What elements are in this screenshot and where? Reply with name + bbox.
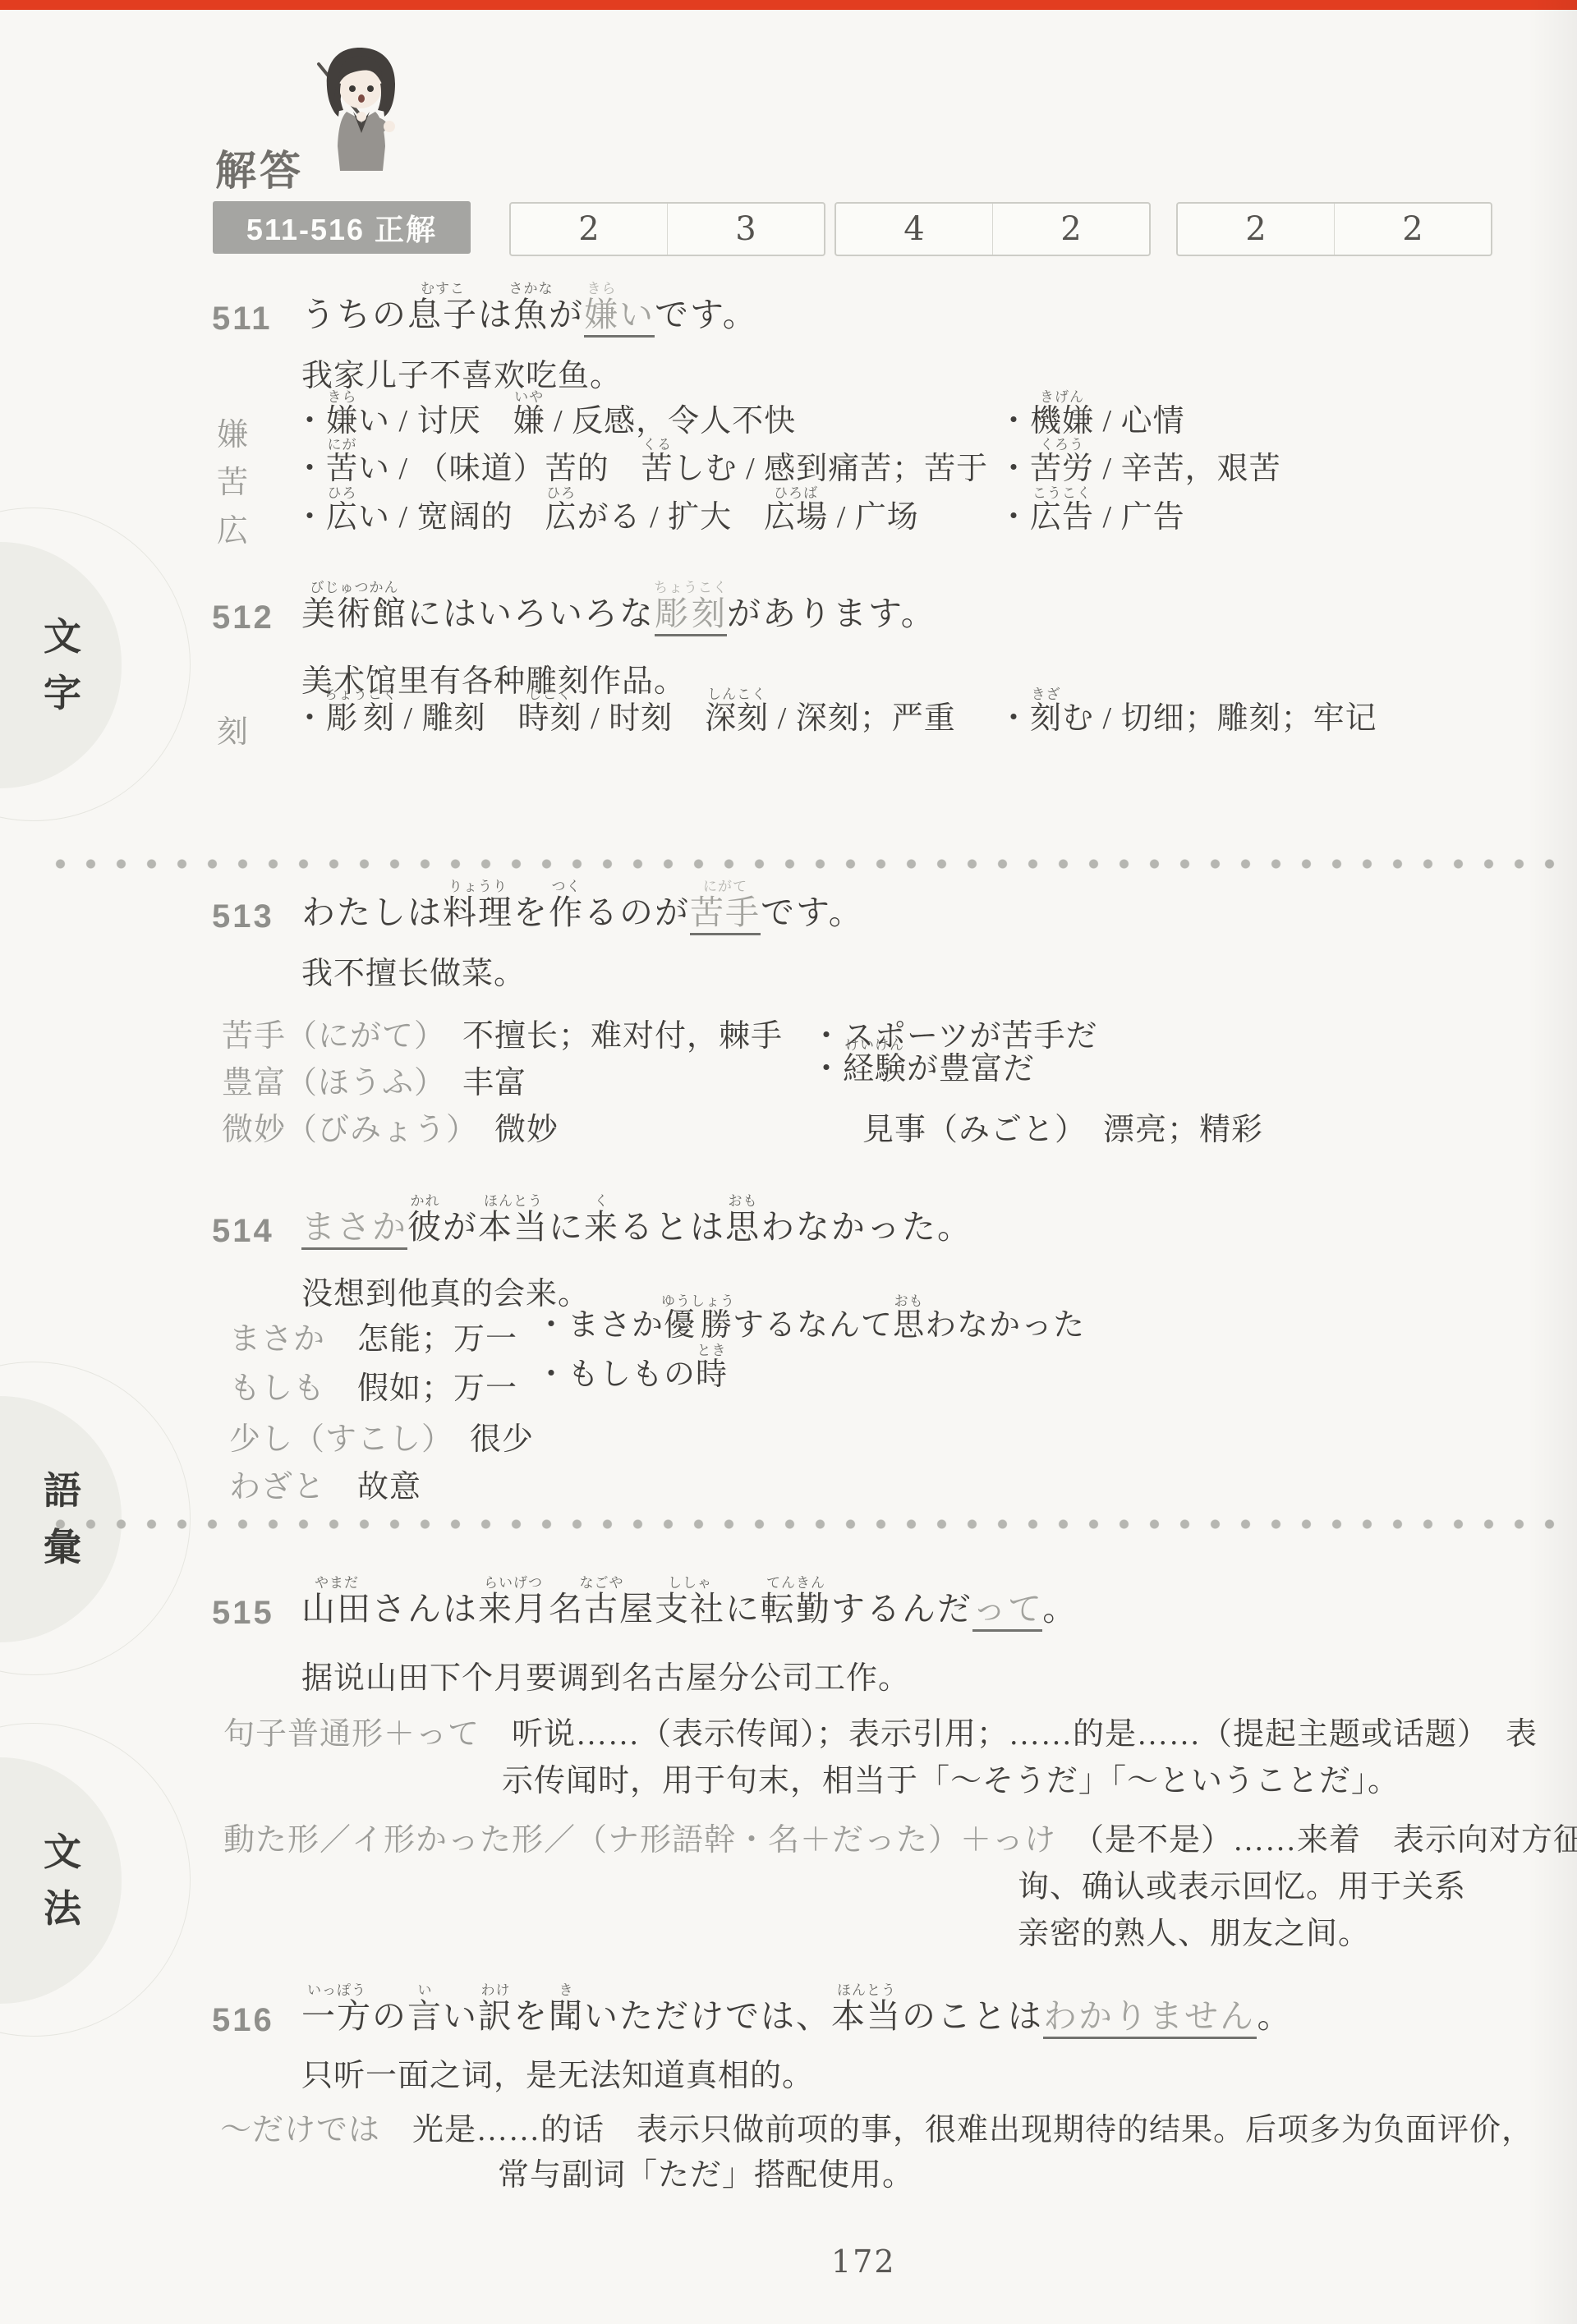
text-segment: 常与副词「ただ」搭配使用。	[498, 2158, 914, 2193]
sentence-japanese: 一方いっぽうの言いい訳わけを聞きいただけでは、本当ほんとうのことはわかりません。	[301, 1982, 1292, 2037]
answer-section-label: 解答	[215, 138, 304, 197]
answer-word-underlined: って	[972, 1590, 1042, 1632]
vocab-row: 広・広ひろい / 宽阔的 広ひろがる / 扩大 広場ひろば / 广场・広告こうこ…	[0, 485, 1577, 553]
vocab-right: ・刻きざむ / 切细；雕刻；牢记	[998, 687, 1377, 737]
text-segment: い / （味道）苦的	[358, 452, 641, 486]
text-segment: ・	[294, 452, 326, 486]
text-segment: わなかった	[925, 1308, 1085, 1343]
text-segment: ・	[536, 1308, 568, 1343]
girl-with-pointer-icon	[310, 41, 413, 197]
text-segment: が豊富だ	[907, 1052, 1035, 1086]
grammar-explanation: 常与副词「ただ」搭配使用。	[498, 2129, 914, 2194]
grammar-row: 常与副词「ただ」搭配使用。	[0, 2129, 1577, 2197]
text-segment: 広場ひろば	[764, 500, 828, 535]
text-segment: わなかった。	[761, 1208, 972, 1246]
question-number: 514	[212, 1193, 274, 1250]
text-segment: 苦くる	[641, 452, 674, 486]
grammar-explanation: 示传闻时，用于句末，相当于「～そうだ」「～ということだ」。	[502, 1735, 1400, 1800]
text-segment: に	[725, 1590, 761, 1628]
text-segment: / 广告	[1094, 500, 1185, 535]
text-segment: しむ / 感到痛苦；苦于	[674, 452, 989, 486]
vocab-row: 刻・彫刻ちょうこく / 雕刻 時刻じこく / 时刻 深刻しんこく / 深刻；严重…	[0, 687, 1577, 754]
text-segment: 。	[1042, 1590, 1078, 1628]
question-number: 513	[212, 879, 274, 935]
text-segment: 美術館びじゅつかん	[301, 595, 407, 632]
answer-word-underlined: 彫刻ちょうこく	[655, 595, 727, 636]
text-segment: うちの	[301, 296, 407, 333]
text-segment: ・	[998, 404, 1030, 439]
vocab-left: 微妙（びみょう） 微妙	[222, 1084, 559, 1149]
text-segment: 広ひろ	[545, 500, 577, 535]
text-segment: 思おも	[893, 1308, 925, 1343]
answer-cell: 2	[511, 204, 667, 255]
text-segment: 広	[217, 514, 249, 549]
text-segment: が	[549, 296, 584, 333]
text-segment: 微妙	[462, 1113, 559, 1147]
text-segment: 深刻しんこく	[705, 701, 769, 736]
sentence-japanese: うちの息子むすこは魚さかなが嫌きらいです。	[301, 281, 758, 336]
text-segment: 作つく	[549, 893, 584, 931]
text-segment: い / 宽阔的	[358, 500, 545, 535]
text-segment: 亲密的熟人、朋友之间。	[1018, 1917, 1370, 1951]
text-segment: い / 讨厌	[358, 404, 513, 439]
text-segment: 嫌きら	[326, 404, 358, 439]
text-segment: 時刻じこく	[518, 701, 582, 736]
text-segment: するなんて	[733, 1308, 893, 1343]
grammar-row: 示传闻时，用于句末，相当于「～そうだ」「～ということだ」。	[0, 1735, 1577, 1803]
text-segment: るのが	[584, 893, 690, 931]
text-segment: ・	[536, 1357, 568, 1392]
question-number: 511	[212, 281, 273, 338]
text-segment: があります。	[727, 595, 936, 632]
text-segment: ・	[998, 500, 1030, 535]
text-segment: にはいろいろな	[407, 595, 655, 632]
text-segment: ・	[294, 701, 326, 736]
sentence-japanese: 美術館びじゅつかんにはいろいろな彫刻ちょうこくがあります。	[301, 580, 936, 635]
text-segment: / 时刻	[582, 701, 706, 736]
text-segment: / 辛苦，艰苦	[1094, 452, 1281, 486]
text-segment: ・	[294, 404, 326, 439]
vocab-right: ・まさか優勝ゆうしょうするなんて思おもわなかった	[536, 1293, 1085, 1344]
sentence-japanese: わたしは料理りょうりを作つくるのが苦手にがてです。	[301, 879, 864, 934]
page-number: 172	[831, 2244, 896, 2280]
translation-513: 我不擅长做菜。	[0, 928, 1577, 995]
text-segment: ・	[294, 500, 326, 535]
answer-range-header: 511-516 正解	[213, 201, 471, 254]
text-segment: / 心情	[1094, 404, 1185, 439]
text-segment: 転勤てんきん	[761, 1590, 831, 1628]
text-segment: 機嫌きげん	[1030, 404, 1094, 439]
text-segment: まさか	[568, 1308, 664, 1343]
text-segment: ・	[998, 452, 1030, 486]
sentence-japanese: まさか彼かれが本当ほんとうに来くるとは思おもわなかった。	[301, 1193, 972, 1248]
vocab-right: ・機嫌きげん / 心情	[998, 389, 1185, 440]
vocab-left: ・彫刻ちょうこく / 雕刻 時刻じこく / 时刻 深刻しんこく / 深刻；严重	[294, 687, 956, 737]
translation-chinese: 我家儿子不喜欢吃鱼。	[301, 330, 622, 395]
text-segment: 刻	[217, 715, 249, 750]
text-segment: / 广场	[828, 500, 919, 535]
answer-box-group: 23	[509, 202, 825, 256]
text-segment: 見事（みごと） 漂亮；精彩	[862, 1113, 1263, 1147]
text-segment: 示传闻时，用于句末，相当于「～そうだ」「～ということだ」。	[502, 1764, 1400, 1798]
text-segment: 嫌いや	[513, 404, 545, 439]
vocab-right: 見事（みごと） 漂亮；精彩	[862, 1084, 1263, 1149]
vocab-row: わざと 故意	[0, 1441, 1577, 1509]
text-segment: 名古屋なごや	[549, 1590, 655, 1628]
grammar-row: 亲密的熟人、朋友之间。	[0, 1888, 1577, 1955]
vocab-left: わざと 故意	[229, 1441, 421, 1506]
answer-cell: 3	[667, 204, 824, 255]
textbook-answer-page: 解答 511-516 正解 234222 文字語彙文法 511うちの息子むすこは…	[0, 0, 1577, 2324]
text-segment: 経験けいけん	[843, 1052, 907, 1086]
text-segment: 支社ししゃ	[655, 1590, 725, 1628]
text-segment: に	[549, 1208, 584, 1246]
text-segment: が	[443, 1208, 478, 1246]
text-segment: / 反感，令人不快	[545, 404, 797, 439]
text-segment: 思おも	[725, 1208, 761, 1246]
text-segment: るとは	[619, 1208, 725, 1246]
question-number: 515	[212, 1575, 274, 1632]
vocab-left: ・広ひろい / 宽阔的 広ひろがる / 扩大 広場ひろば / 广场	[294, 485, 919, 536]
grammar-explanation: 亲密的熟人、朋友之间。	[1018, 1888, 1370, 1953]
text-segment: です。	[655, 296, 758, 333]
text-segment: わたしは	[301, 893, 443, 931]
text-segment: 苦にが	[326, 452, 358, 486]
vocab-right: ・苦労くろう / 辛苦，艰苦	[998, 437, 1281, 488]
text-segment: む / 切细；雕刻；牢记	[1062, 701, 1377, 736]
answer-cell: 2	[1334, 204, 1491, 255]
text-segment: 来月らいげつ	[478, 1590, 549, 1628]
text-segment: 息子むすこ	[407, 296, 478, 333]
question-number: 512	[212, 580, 274, 636]
text-segment: わざと	[229, 1470, 325, 1504]
page-top-red-band	[0, 0, 1577, 10]
text-segment: ・	[811, 1052, 843, 1086]
text-segment: 512	[212, 599, 274, 636]
vocab-left: ・苦にがい / （味道）苦的 苦くるしむ / 感到痛苦；苦于	[294, 437, 988, 488]
text-segment: もしもの	[568, 1357, 696, 1392]
text-segment: です。	[761, 893, 864, 931]
vocab-right: ・広告こうこく / 广告	[998, 485, 1185, 536]
text-segment: 料理りょうり	[443, 893, 513, 931]
text-segment: 苦労くろう	[1030, 452, 1094, 486]
text-segment: 我家儿子不喜欢吃鱼。	[301, 359, 622, 393]
text-segment: / 雕刻	[395, 701, 518, 736]
text-segment: を	[513, 893, 549, 931]
text-segment: 広告こうこく	[1030, 500, 1094, 535]
text-segment: / 深刻；严重	[769, 701, 956, 736]
text-segment: 微妙（びみょう）	[222, 1113, 462, 1147]
answer-cell: 2	[992, 204, 1149, 255]
answer-cell: 4	[836, 204, 992, 255]
text-segment: するんだ	[831, 1590, 972, 1628]
text-segment: 広ひろ	[326, 500, 358, 535]
vocab-row: 微妙（びみょう） 微妙見事（みごと） 漂亮；精彩	[0, 1084, 1577, 1151]
text-segment: 優勝ゆうしょう	[664, 1308, 733, 1343]
answer-cell: 2	[1178, 204, 1334, 255]
vocab-headword: 広	[217, 485, 249, 550]
answer-word-underlined: まさか	[301, 1208, 407, 1250]
translation-511: 我家儿子不喜欢吃鱼。	[0, 330, 1577, 397]
text-segment: 彼かれ	[407, 1208, 443, 1246]
text-segment: 我不擅长做菜。	[301, 957, 526, 991]
mascot-girl-illustration	[310, 41, 413, 201]
text-segment: 514	[212, 1213, 274, 1249]
text-segment: は	[478, 296, 513, 333]
vocab-headword: 刻	[217, 687, 249, 751]
text-segment: 515	[212, 1595, 274, 1631]
translation-chinese: 我不擅长做菜。	[301, 928, 526, 993]
answer-box-group: 42	[834, 202, 1151, 256]
vocab-right: ・もしもの時とき	[536, 1343, 728, 1394]
text-segment: 故意	[325, 1470, 421, 1504]
vocab-left: ・嫌きらい / 讨厌 嫌いや / 反感，令人不快	[294, 389, 796, 440]
text-segment: 来く	[584, 1208, 619, 1246]
text-segment: さんは	[372, 1590, 478, 1628]
text-segment: 魚さかな	[513, 296, 549, 333]
answer-box-group: 22	[1176, 202, 1492, 256]
dotted-separator	[45, 1518, 1556, 1530]
text-segment: 山田やまだ	[301, 1590, 372, 1628]
text-segment: がる / 扩大	[577, 500, 765, 535]
vocab-right: ・経験けいけんが豊富だ	[811, 1037, 1035, 1088]
text-segment: 彫刻ちょうこく	[326, 701, 395, 736]
text-segment: ・	[998, 701, 1030, 736]
text-segment: 本当ほんとう	[478, 1208, 549, 1246]
text-segment: 刻きざ	[1030, 701, 1062, 736]
sentence-japanese: 山田やまださんは来月らいげつ名古屋なごや支社ししゃに転勤てんきんするんだって。	[301, 1575, 1078, 1630]
text-segment: 時とき	[696, 1357, 728, 1392]
dotted-separator	[45, 858, 1556, 870]
